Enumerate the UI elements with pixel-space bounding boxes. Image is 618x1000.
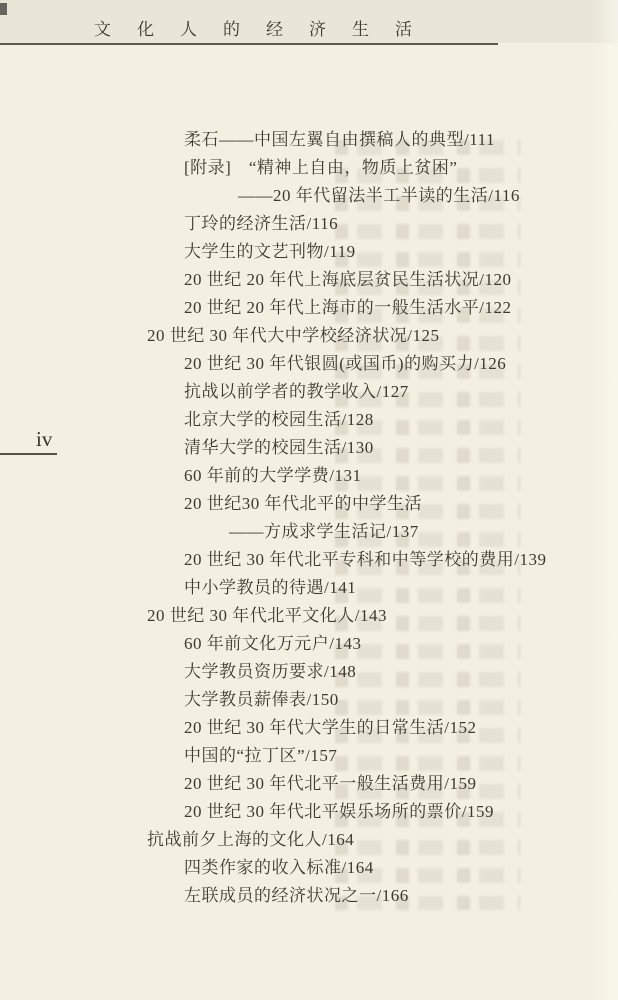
toc-list: 柔石——中国左翼自由撰稿人的典型/111[附录] “精神上自由，物质上贫困”——…	[0, 126, 618, 910]
scanned-book-page: { "header": { "title": "文化人的经济生活" }, "ma…	[0, 0, 618, 1000]
page: 文化人的经济生活 柔石——中国左翼自由撰稿人的典型/111[附录] “精神上自由…	[0, 0, 618, 1000]
toc-entry: 20 世纪 30 年代大中学校经济状况/125	[0, 322, 618, 350]
toc-entry: 20 世纪 30 年代银圆(或国币)的购买力/126	[0, 350, 618, 378]
toc-entry: 大学教员薪俸表/150	[0, 686, 618, 714]
page-right-edge	[590, 0, 618, 1000]
toc-entry: 20 世纪 20 年代上海底层贫民生活状况/120	[0, 266, 618, 294]
toc-entry: 四类作家的收入标准/164	[0, 854, 618, 882]
toc-entry: 20 世纪 30 年代北平专科和中等学校的费用/139	[0, 546, 618, 574]
toc-entry: 20 世纪 30 年代北平一般生活费用/159	[0, 770, 618, 798]
scan-corner-artifact	[0, 3, 7, 15]
toc-entry: 20 世纪 30 年代北平文化人/143	[0, 602, 618, 630]
toc-entry: 20 世纪 30 年代大学生的日常生活/152	[0, 714, 618, 742]
toc-entry: ——20 年代留法半工半读的生活/116	[0, 182, 618, 210]
running-head-title: 文化人的经济生活	[94, 20, 438, 40]
toc-entry: 大学生的文艺刊物/119	[0, 238, 618, 266]
header-rule-line	[0, 43, 498, 45]
toc-entry: 中国的“拉丁区”/157	[0, 742, 618, 770]
toc-entry: 20 世纪30 年代北平的中学生活	[0, 490, 618, 518]
folio-underline	[0, 453, 57, 455]
toc-entry: 20 世纪 30 年代北平娱乐场所的票价/159	[0, 798, 618, 826]
toc-entry: 丁玲的经济生活/116	[0, 210, 618, 238]
toc-entry: 大学教员资历要求/148	[0, 658, 618, 686]
toc-entry: 柔石——中国左翼自由撰稿人的典型/111	[0, 126, 618, 154]
toc-entry: 抗战以前学者的教学收入/127	[0, 378, 618, 406]
toc-entry: 抗战前夕上海的文化人/164	[0, 826, 618, 854]
toc-entry: 中小学教员的待遇/141	[0, 574, 618, 602]
toc-entry: 60 年前的大学学费/131	[0, 462, 618, 490]
toc-entry: [附录] “精神上自由，物质上贫困”	[0, 154, 618, 182]
toc-entry: 北京大学的校园生活/128	[0, 406, 618, 434]
toc-entry: 清华大学的校园生活/130	[0, 434, 618, 462]
toc-entry: ——方成求学生活记/137	[0, 518, 618, 546]
toc-entry: 左联成员的经济状况之一/166	[0, 882, 618, 910]
page-number: iv	[36, 427, 52, 451]
toc-entry: 20 世纪 20 年代上海市的一般生活水平/122	[0, 294, 618, 322]
toc-entry: 60 年前文化万元户/143	[0, 630, 618, 658]
